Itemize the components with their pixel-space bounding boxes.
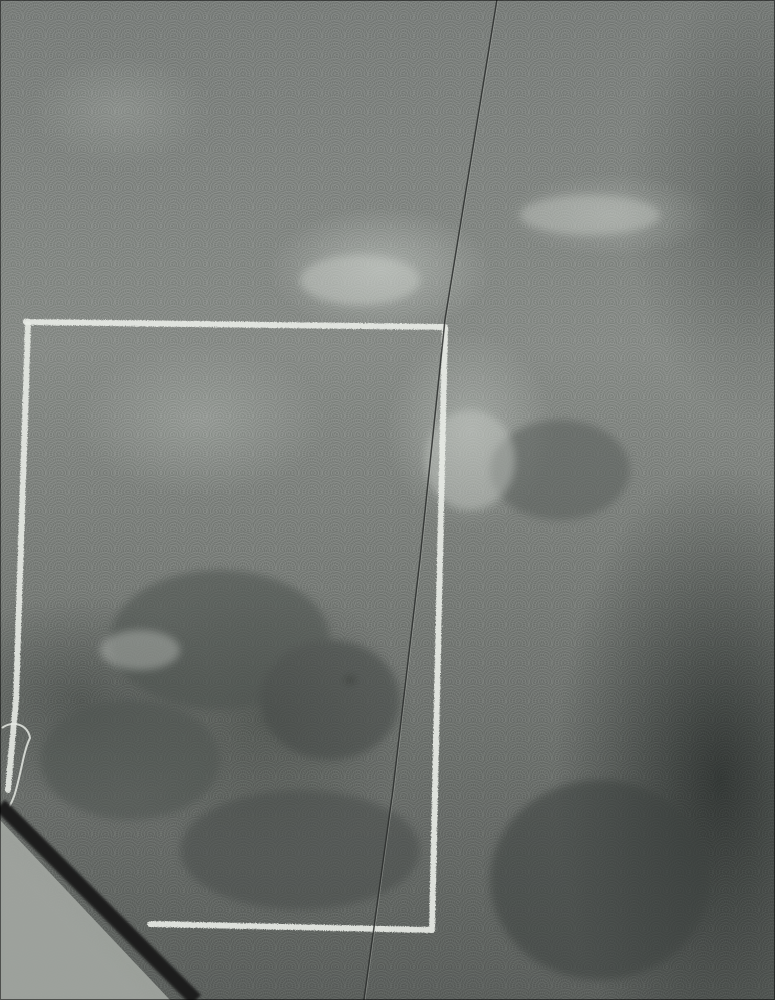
photograph [0, 0, 775, 1000]
photo-overlay [0, 0, 775, 1000]
dark-edge-bottom-left [0, 805, 196, 1000]
surface-blotches [40, 420, 710, 980]
string-fragment [2, 724, 30, 812]
